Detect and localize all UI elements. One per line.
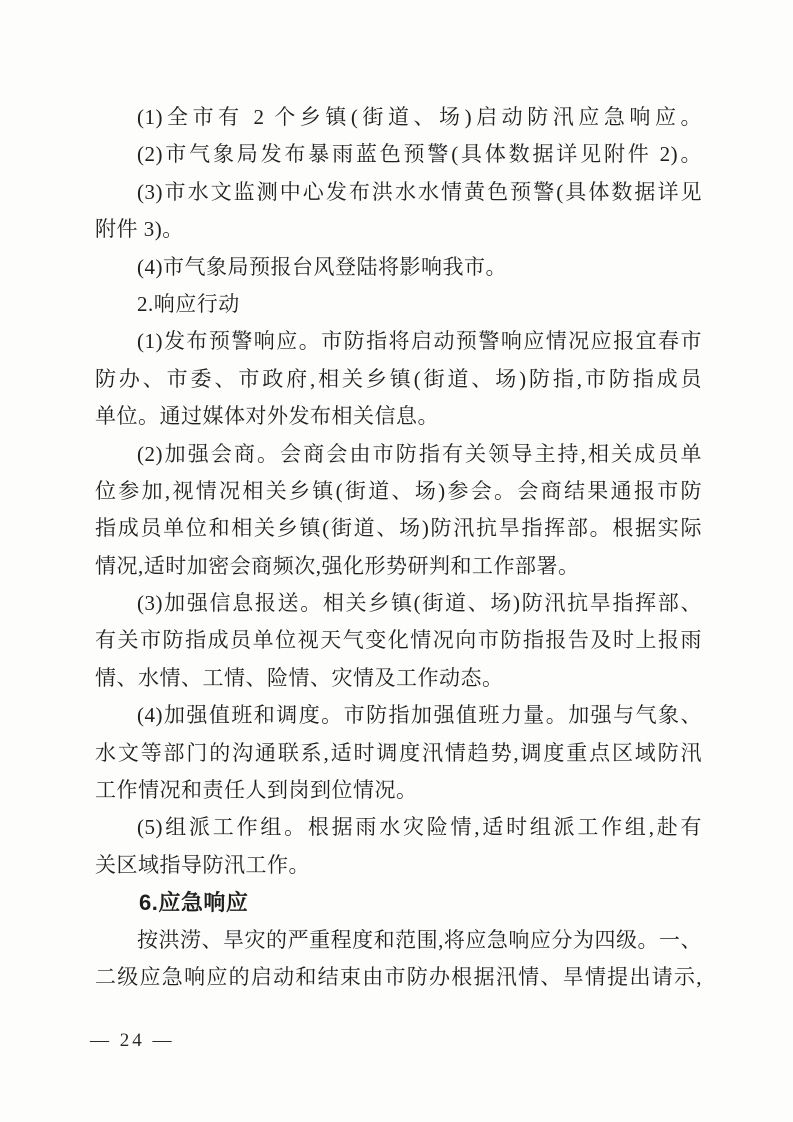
text-line: 关区域指导防汛工作。 xyxy=(95,847,702,884)
text-line: 2.响应行动 xyxy=(95,286,702,323)
text-line: 水文等部门的沟通联系,适时调度汛情趋势,调度重点区域防汛 xyxy=(95,735,702,772)
text-line: 情况,适时加密会商频次,强化形势研判和工作部署。 xyxy=(95,548,702,585)
page-number-text: — 24 — xyxy=(90,1030,175,1051)
text-line: 情、水情、工情、险情、灾情及工作动态。 xyxy=(95,660,702,697)
text-line: 单位。通过媒体对外发布相关信息。 xyxy=(95,398,702,435)
text-line: 工作情况和责任人到岗到位情况。 xyxy=(95,772,702,809)
text-line: (1)全市有 2 个乡镇(街道、场)启动防汛应急响应。 xyxy=(95,99,702,136)
section-heading: 6.应急响应 xyxy=(95,884,702,921)
text-line: 指成员单位和相关乡镇(街道、场)防汛抗旱指挥部。根据实际 xyxy=(95,510,702,547)
text-line: 按洪涝、旱灾的严重程度和范围,将应急响应分为四级。一、 xyxy=(95,922,702,959)
text-line: (4)市气象局预报台风登陆将影响我市。 xyxy=(95,249,702,286)
text-line: 二级应急响应的启动和结束由市防办根据汛情、旱情提出请示, xyxy=(95,959,702,996)
text-line: (1)发布预警响应。市防指将启动预警响应情况应报宜春市 xyxy=(95,323,702,360)
text-line: (2)市气象局发布暴雨蓝色预警(具体数据详见附件 2)。 xyxy=(95,136,702,173)
text-line: (2)加强会商。会商会由市防指有关领导主持,相关成员单 xyxy=(95,436,702,473)
text-line: (3)加强信息报送。相关乡镇(街道、场)防汛抗旱指挥部、 xyxy=(95,585,702,622)
document-body: (1)全市有 2 个乡镇(街道、场)启动防汛应急响应。(2)市气象局发布暴雨蓝色… xyxy=(95,99,702,996)
text-line: 有关市防指成员单位视天气变化情况向市防指报告及时上报雨 xyxy=(95,622,702,659)
text-line: (3)市水文监测中心发布洪水水情黄色预警(具体数据详见 xyxy=(95,174,702,211)
text-line: 位参加,视情况相关乡镇(街道、场)参会。会商结果通报市防 xyxy=(95,473,702,510)
text-line: 防办、市委、市政府,相关乡镇(街道、场)防指,市防指成员 xyxy=(95,361,702,398)
document-page: (1)全市有 2 个乡镇(街道、场)启动防汛应急响应。(2)市气象局发布暴雨蓝色… xyxy=(0,0,793,1122)
text-line: (4)加强值班和调度。市防指加强值班力量。加强与气象、 xyxy=(95,697,702,734)
text-line: 附件 3)。 xyxy=(95,211,702,248)
page-number: — 24 — xyxy=(90,1030,175,1052)
text-line: (5)组派工作组。根据雨水灾险情,适时组派工作组,赴有 xyxy=(95,809,702,846)
